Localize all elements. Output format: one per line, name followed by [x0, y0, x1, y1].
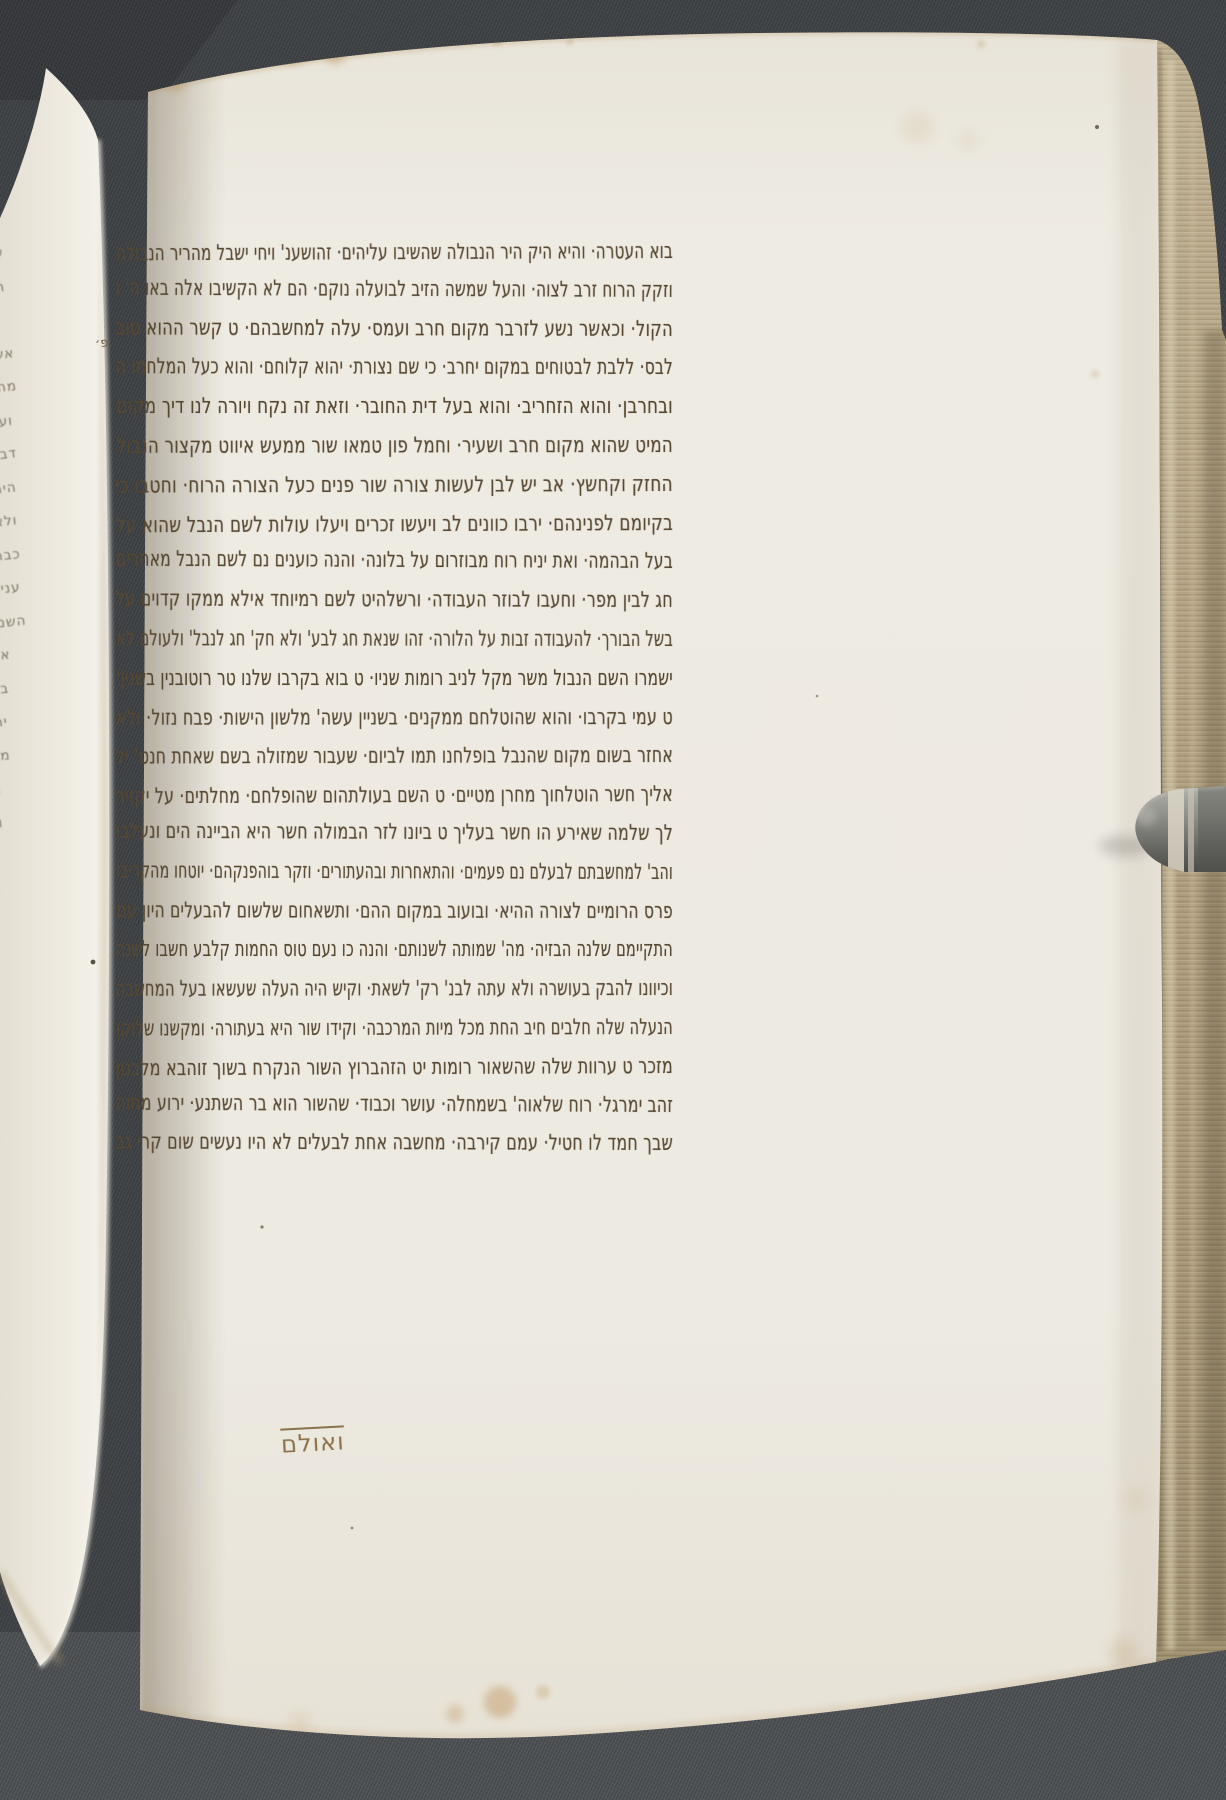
manuscript-line: וזקק הרוח זרב לצוה· והעל שמשה הזיב לבועל…	[281, 270, 673, 310]
manuscript-line: החזק וקחשץ· אב יש לבן לעשות צורה שור פני…	[235, 466, 673, 506]
manuscript-line: זהב ימרגל· רוח שלאוה' בשמחלה· עושר וכבוד…	[271, 1085, 673, 1125]
manuscript-line: בוא העטרה· והיא היק היר הנבולה שהשיבו על…	[285, 233, 673, 273]
facing-page-text-fragments: ושם ילך שכל הנה וכן אשר מהם ועל דבר היה …	[0, 168, 66, 1073]
manuscript-line: הנעלה שלה חלבים חיב החת מכל מיות המרכבה·…	[298, 1009, 674, 1049]
manuscript-line: ישמרו השם הנבול משר מקל לניב רומות שניו·…	[279, 660, 673, 699]
manuscript-text-block: בוא העטרה· והיא היק היר הנבולה שהשיבו על…	[116, 233, 673, 1164]
manuscript-line: חג לבין מפר· וחעבו לבוזר העבודה· ורשלהיט…	[260, 581, 673, 621]
manuscript-line: והב' למחשבתם לבעלם נם פעמים· והתאחרות וב…	[311, 853, 673, 893]
manuscript-line: המיט שהוא מקום חרב ושעיר· וחמל פון טמאו …	[244, 427, 673, 466]
manuscript-line: בעל הבהמה· ואת יניח רוח מבוזרום על בלונה…	[273, 542, 673, 582]
manuscript-line: ובחרבן· והוא הזחריב· והוא בעל דית החובר·…	[244, 388, 673, 427]
manuscript-line: בקיומם לפנינהם· ירבו כוונים לב ויעשו זכר…	[245, 505, 673, 546]
manuscript-line: וכיוונו להבק בעושרה ולא עתה לבנ' רק' לשא…	[293, 970, 673, 1009]
manuscript-line: פרס הרומיים לצורה ההיא· ובועוב במקום ההם…	[276, 892, 673, 931]
margin-annotation-mark: פ׳	[94, 335, 109, 351]
manuscript-line: התקיימם שלנה הבזיה· מה' שמותה לשנותם· וה…	[299, 931, 673, 970]
facing-fragment: אמן	[0, 1033, 67, 1078]
manuscript-line: בשל הבורך· להעבודה זבות על הלורה· זהו שנ…	[299, 620, 673, 659]
manuscript-line: לך שלמה שאירע הו חשר בעליך ט ביונו לזר ה…	[265, 813, 673, 854]
manuscript-line: ט עמי בקרבו· והוא שהוטלחם ממקנים· בשניין…	[265, 699, 673, 738]
manuscript-line: אחזר בשום מקום שהנבל בופלחנו תמו לביום· …	[270, 737, 673, 777]
manuscript-line: שבך חמד לו חטיל· עמם קירבה· מחשבה אחת לב…	[264, 1124, 673, 1164]
manuscript-line: מזכר ט ערוות שלה שהשאור רומות יט הזהברוץ…	[263, 1048, 673, 1089]
manuscript-photo: ושם ילך שכל הנה וכן אשר מהם ועל דבר היה …	[0, 0, 1226, 1800]
catchword: ואולם	[280, 1427, 345, 1458]
manuscript-line: הקול· וכאשר נשע לזרבר מקום חרב ועמס· עלה…	[252, 309, 673, 349]
manuscript-line: אליך חשר הוטלחוך מחרן מטיים· ט השם בעולת…	[269, 776, 674, 816]
manuscript-line: לבס· ללבת לבטוחים במקום יחרב· כי שם נצור…	[278, 349, 674, 388]
